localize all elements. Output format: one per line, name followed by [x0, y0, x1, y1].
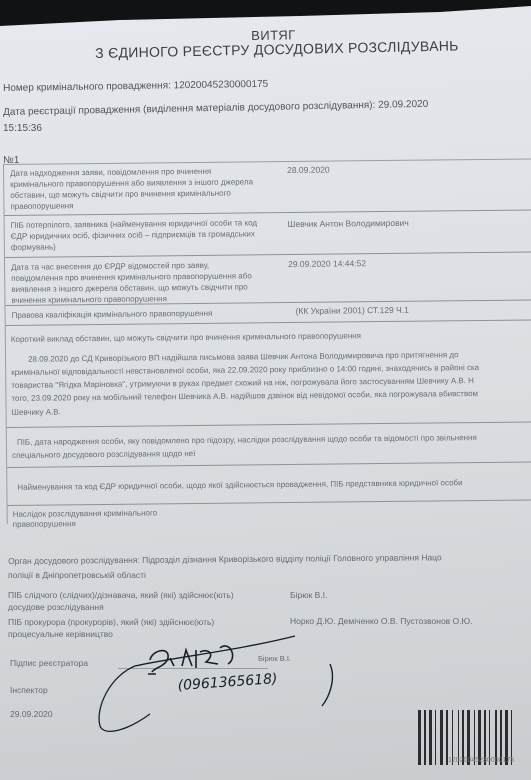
registration-date: Дата реєстрації провадження (виділення м…	[3, 99, 428, 118]
summary-line: 28.09.2020 до СД Криворізького ВП надійш…	[28, 350, 459, 364]
registration-date-value: 29.09.2020	[378, 99, 428, 111]
received-date-label: Дата надходження заяви, повідомлення про…	[10, 165, 260, 212]
proceeding-number-value: 12020045230000175	[174, 79, 269, 91]
row-divider	[7, 421, 531, 428]
summary-line: того, 23.09.2020 року на мобільний телеф…	[11, 389, 478, 403]
barcode-number: 12020045230000175	[448, 757, 514, 764]
summary-heading: Короткий виклад обставин, що можуть свід…	[11, 331, 361, 344]
summary-line: кримінальної відповідальності невстановл…	[11, 363, 479, 377]
row-divider	[6, 319, 531, 326]
phone-note: (0961365618)	[177, 671, 278, 694]
entry-datetime-label: Дата та час внесення до ЄРДР відомостей …	[11, 259, 261, 306]
suspect-label: ПІБ, дата народження особи, яку повідомл…	[17, 433, 477, 447]
prosecutor-value: Норко Д.Ю. Деміченко О.В. Пустозвонов О.…	[290, 616, 472, 626]
handwritten-signature: (0961365618)	[90, 628, 340, 738]
registrar-position: Інспектор	[10, 685, 48, 695]
investigator-label: ПІБ слідчого (слідчих)/дізнавача, який (…	[8, 590, 234, 600]
investigator-value: Бірюк В.І.	[290, 590, 327, 600]
proceeding-number-label: Номер кримінального провадження:	[3, 80, 171, 94]
registration-date-label: Дата реєстрації провадження (виділення м…	[3, 100, 375, 118]
summary-line: товариства "Ягідка Маріновка", утримуючи…	[11, 376, 474, 390]
row-divider	[7, 461, 531, 468]
document-date: 29.09.2020	[10, 709, 53, 719]
row-divider	[5, 251, 531, 258]
suspect-label-cont: спеціального досудового розслідування що…	[12, 449, 195, 460]
investigator-label-cont: досудове розслідування	[8, 602, 104, 612]
investigation-authority: Орган досудового розслідування: Підрозді…	[8, 552, 442, 566]
legal-qualification-label: Правова кваліфікація кримінального право…	[12, 307, 262, 321]
document-page: ВИТЯГ З ЄДИНОГО РЕЄСТРУ ДОСУДОВИХ РОЗСЛІ…	[0, 0, 531, 780]
registration-time: 15:15:36	[3, 123, 42, 134]
entry-datetime-value: 29.09.2020 14:44:52	[288, 258, 366, 269]
victim-value: Шевчик Антон Володимирович	[288, 218, 409, 229]
proceeding-number: Номер кримінального провадження: 1202004…	[3, 79, 268, 94]
registrar-signature-label: Підпис реєстратора	[10, 658, 88, 668]
consequences-label: Наслідок розслідування кримінального	[13, 508, 158, 519]
registry-table: Дата надходження заяви, повідомлення про…	[3, 158, 531, 524]
legal-qualification-value: (КК України 2001) СТ.129 Ч.1	[296, 305, 409, 316]
investigation-authority-cont: поліції в Дніпропетровській області	[8, 570, 146, 580]
legal-entity-label: Найменування та код ЄДР юридичної особи,…	[17, 478, 462, 492]
prosecutor-label: ПІБ прокурора (прокурорів), який (які) з…	[8, 617, 214, 627]
document-subtitle: З ЄДИНОГО РЕЄСТРУ ДОСУДОВИХ РОЗСЛІДУВАНЬ	[95, 37, 459, 61]
row-divider	[8, 499, 531, 506]
summary-line: Шевчику А.В.	[12, 407, 61, 417]
received-date-value: 28.09.2020	[287, 165, 330, 175]
victim-label: ПІБ потерпілого, заявника (найменування …	[11, 217, 261, 253]
consequences-label-cont: правопорушення	[13, 519, 76, 529]
